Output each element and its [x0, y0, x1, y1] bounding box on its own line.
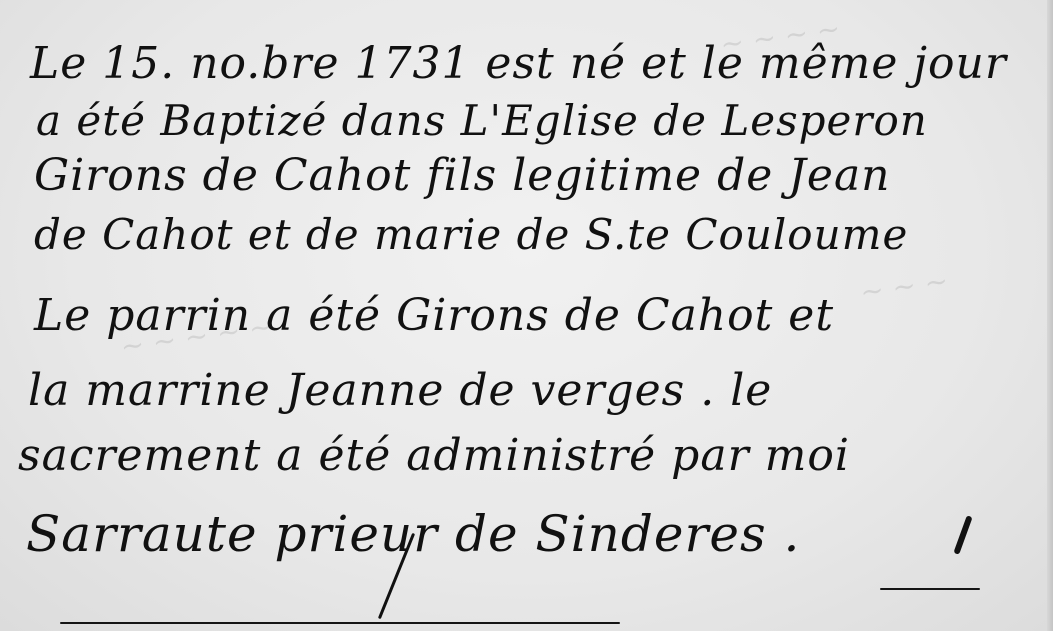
signature-flourish-stroke	[953, 515, 972, 555]
record-line-7: sacrement a été administré par moi	[18, 430, 850, 481]
bleed-through-text: ~ ~ ~	[858, 264, 950, 309]
record-line-6: la marrine Jeanne de verges . le	[28, 365, 772, 416]
record-line-2: a été Baptizé dans L'Eglise de Lesperon	[36, 96, 928, 145]
page-edge	[1047, 0, 1053, 631]
record-line-4: de Cahot et de marie de S.te Couloume	[34, 210, 908, 259]
signature-rule	[60, 622, 620, 624]
manuscript-page: ~ ~ ~ ~ ~ ~ ~ ~ ~ ~ ~ ~ Le 15. no.bre 17…	[0, 0, 1053, 631]
record-line-5: Le parrin a été Girons de Cahot et	[34, 290, 834, 341]
signature-rule-right	[880, 588, 980, 590]
record-line-3: Girons de Cahot fils legitime de Jean	[34, 150, 891, 201]
record-line-1: Le 15. no.bre 1731 est né et le même jou…	[30, 38, 1007, 89]
